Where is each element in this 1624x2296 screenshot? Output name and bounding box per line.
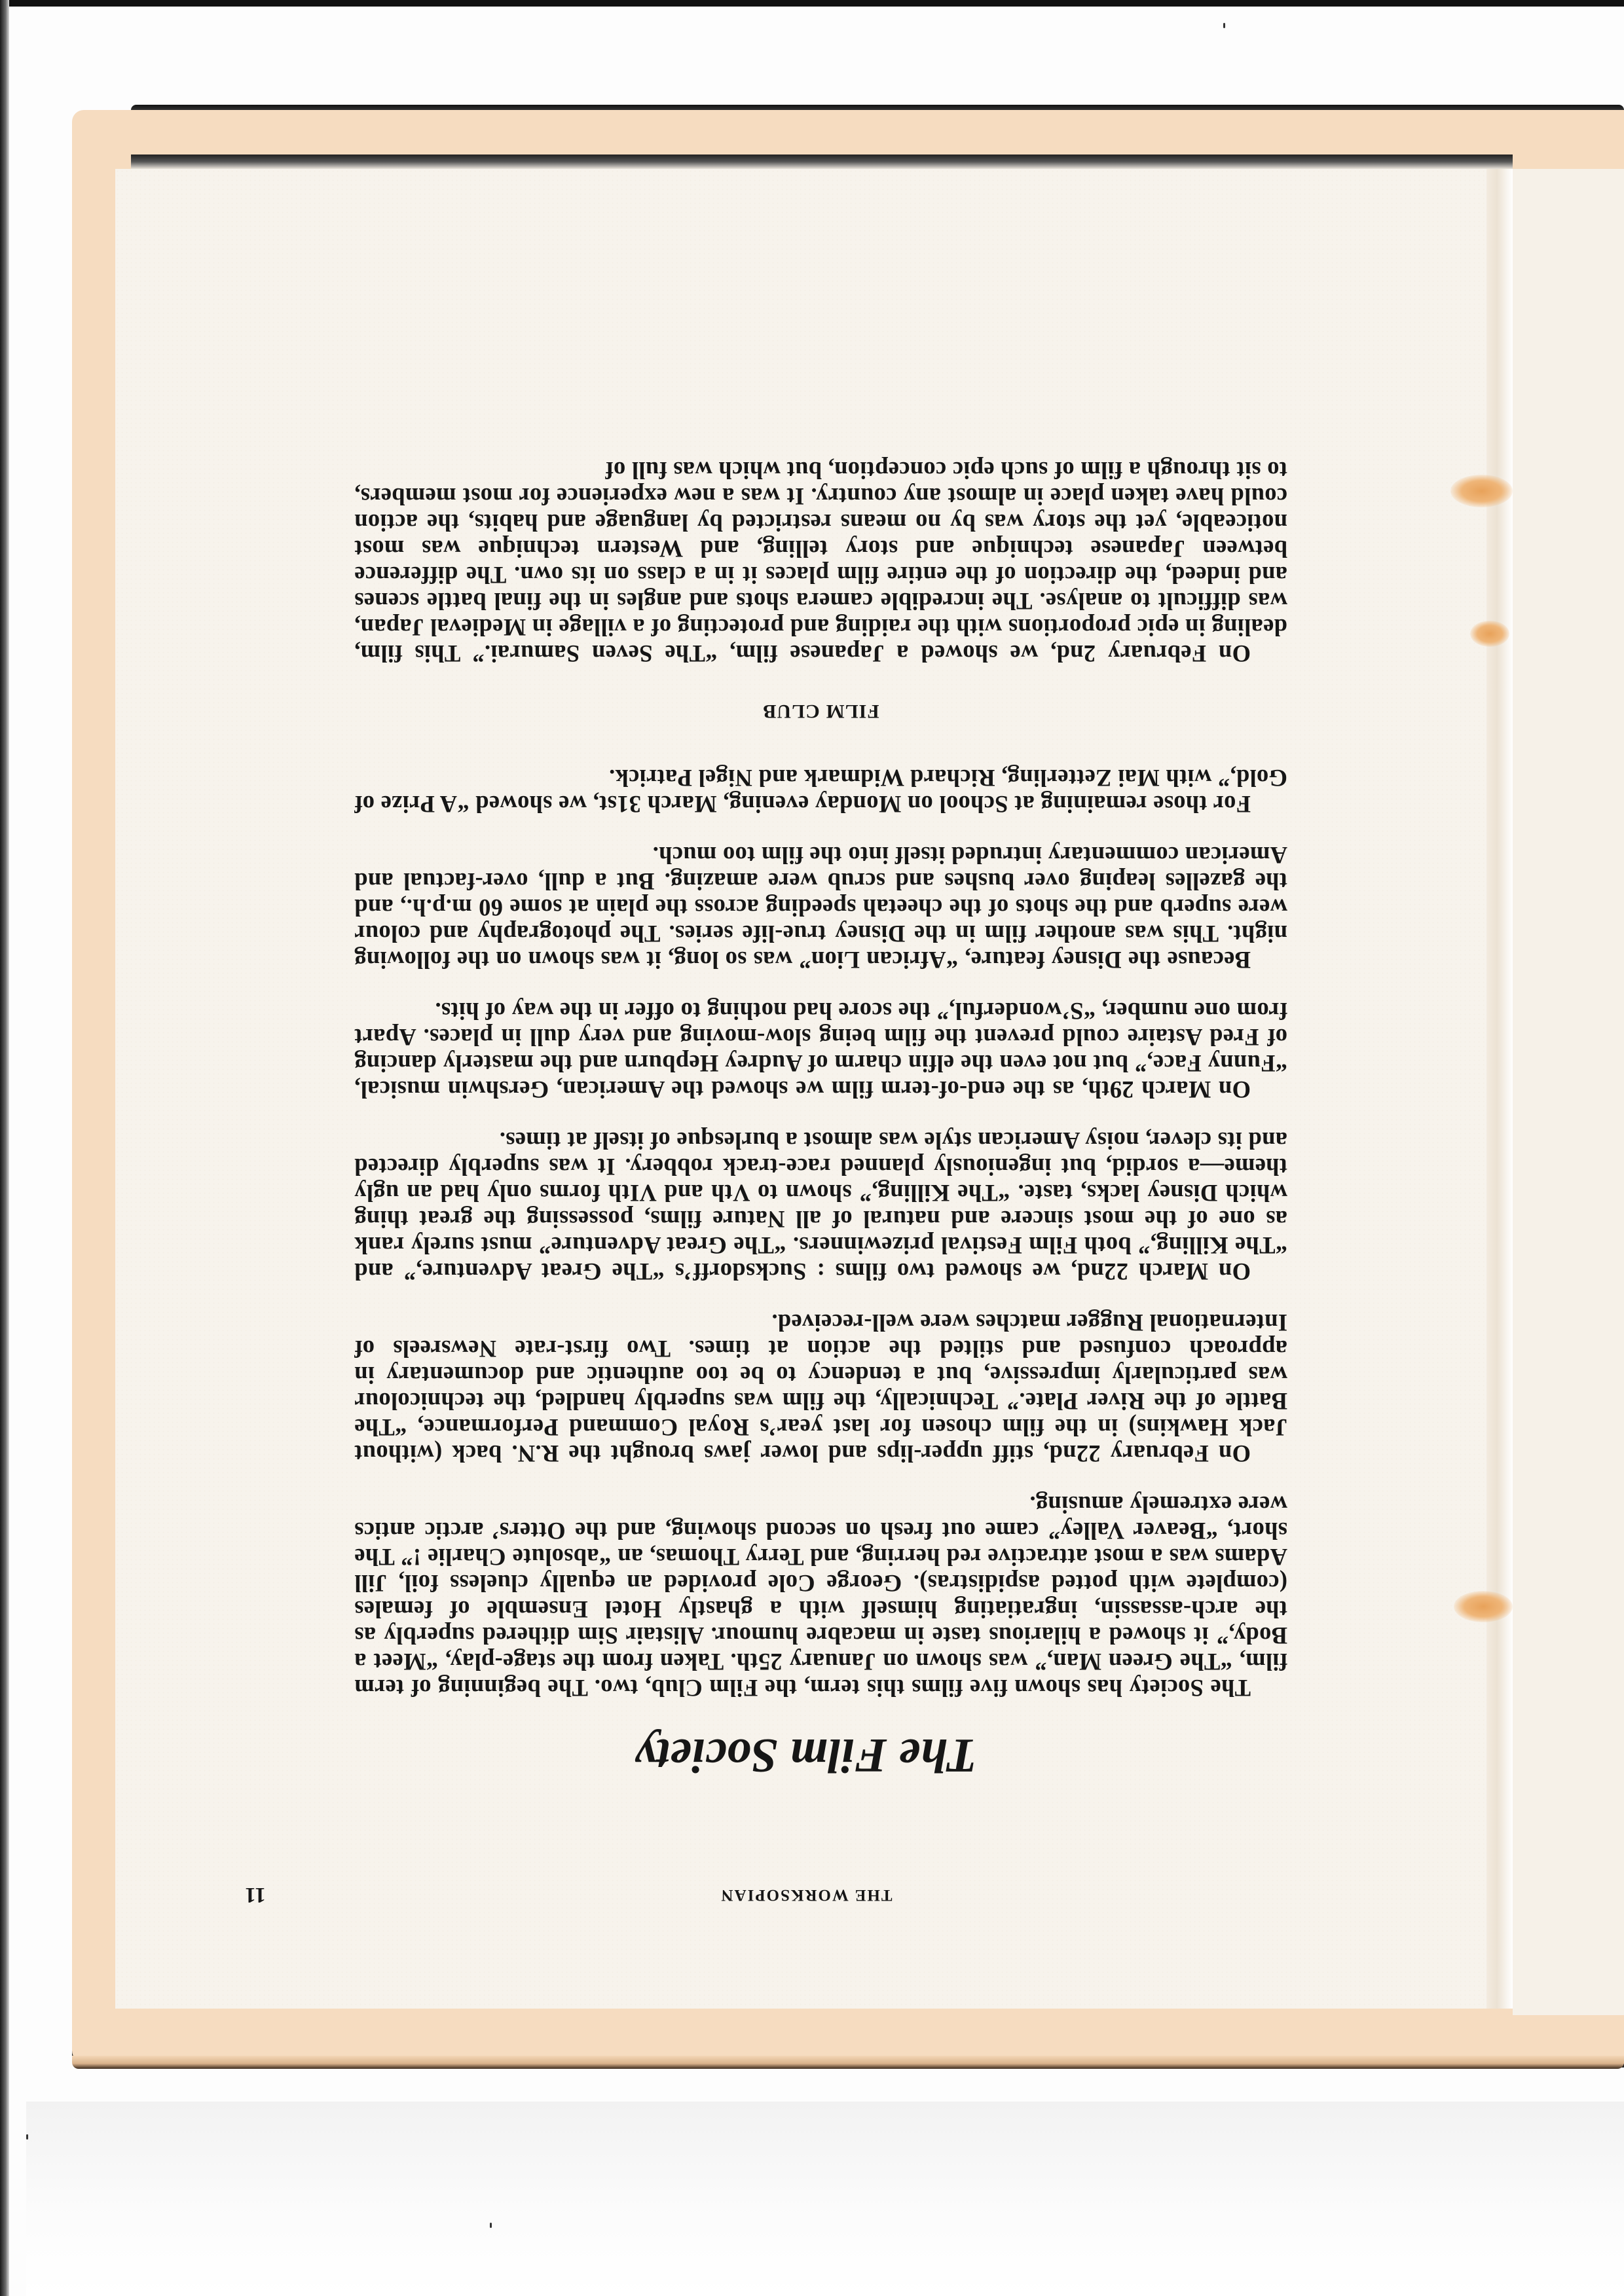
- facing-page-edge: [1513, 169, 1624, 2015]
- scanner-left-edge: [0, 0, 9, 2296]
- paragraph: For those remaining at School on Monday …: [354, 765, 1287, 817]
- dust-speck: [1223, 23, 1225, 28]
- section-heading: FILM CLUB: [354, 698, 1287, 724]
- dust-speck: [490, 2223, 492, 2228]
- cover-bottom-edge: [72, 2056, 1624, 2069]
- running-head: THE WORKSOPIAN: [115, 1886, 1497, 1904]
- dust-speck: [26, 2134, 28, 2140]
- paragraph: Because the Disney feature, “African Lio…: [354, 842, 1287, 973]
- paragraph: On March 29th, as the end-of-term film w…: [354, 998, 1287, 1102]
- page-top-shadow: [131, 155, 1513, 169]
- scanner-top-edge: [0, 0, 1624, 7]
- page-content: THE WORKSOPIAN 11 The Film Society The S…: [115, 169, 1497, 2009]
- paragraph: The Society has shown five films this te…: [354, 1491, 1287, 1701]
- article-body: The Society has shown five films this te…: [354, 432, 1287, 1701]
- paragraph: On February 22nd, stiff upper-lips and l…: [354, 1309, 1287, 1467]
- paragraph: On March 22nd, we showed two films : Suc…: [354, 1127, 1287, 1285]
- paragraph: On February 2nd, we showed a Japanese fi…: [354, 457, 1287, 666]
- article-title: The Film Society: [115, 1727, 1497, 1783]
- page-number: 11: [245, 1882, 266, 1907]
- scanner-bed-background: [26, 2102, 1624, 2296]
